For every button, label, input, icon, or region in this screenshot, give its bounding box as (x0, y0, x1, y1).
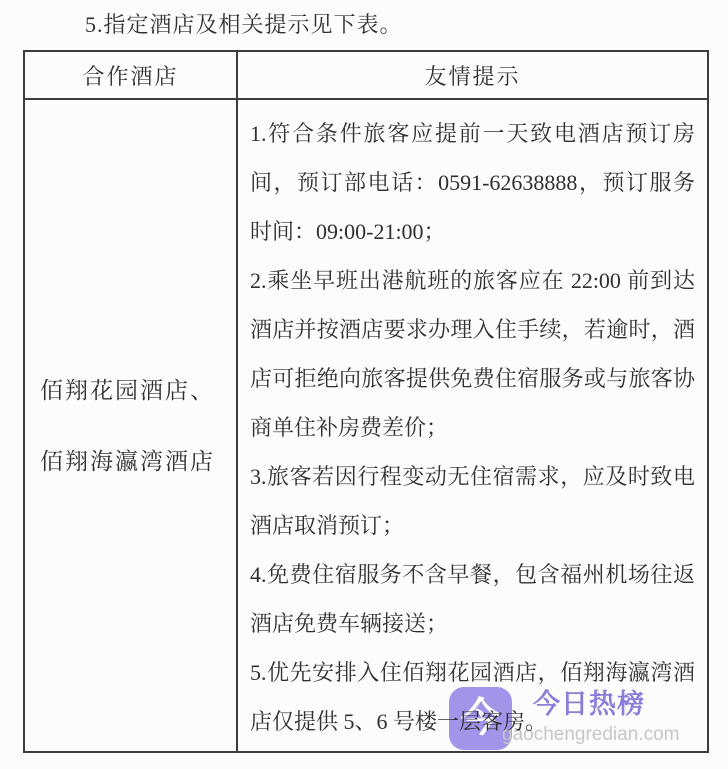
tip-item-3: 3.旅客若因行程变动无住宿需求，应及时致电酒店取消预订； (250, 452, 695, 550)
page: 今 今日热榜 gaochengredian.com 5.指定酒店及相关提示见下表… (0, 8, 728, 769)
tip-item-5: 5.优先安排入住佰翔花园酒店，佰翔海瀛湾酒店仅提供 5、6 号楼一层客房。 (250, 648, 695, 746)
hotel-name-line: 佰翔海瀛湾酒店 (40, 426, 230, 497)
header-friendly-tips: 友情提示 (237, 51, 708, 99)
tip-item-2: 2.乘坐早班出港航班的旅客应在 22:00 前到达酒店并按酒店要求办理入住手续，… (250, 256, 695, 452)
hotel-name-line: 佰翔花园酒店、 (40, 355, 230, 426)
partner-hotels-cell: 佰翔花园酒店、 佰翔海瀛湾酒店 (24, 99, 237, 752)
friendly-tips-cell: 1.符合条件旅客应提前一天致电酒店预订房间，预订部电话：0591-6263888… (237, 99, 708, 752)
table-header-row: 合作酒店 友情提示 (24, 51, 708, 99)
tip-item-1: 1.符合条件旅客应提前一天致电酒店预订房间，预订部电话：0591-6263888… (250, 109, 695, 256)
table-body-row: 佰翔花园酒店、 佰翔海瀛湾酒店 1.符合条件旅客应提前一天致电酒店预订房间，预订… (24, 99, 708, 752)
intro-line: 5.指定酒店及相关提示见下表。 (85, 8, 728, 39)
tip-item-4: 4.免费住宿服务不含早餐，包含福州机场往返酒店免费车辆接送； (250, 550, 695, 648)
hotel-tips-table: 合作酒店 友情提示 佰翔花园酒店、 佰翔海瀛湾酒店 1.符合条件旅客应提前一天致… (23, 50, 709, 753)
document-body: 5.指定酒店及相关提示见下表。 合作酒店 友情提示 佰翔花园酒店、 佰翔海瀛湾酒… (0, 8, 728, 753)
header-partner-hotels: 合作酒店 (24, 51, 237, 99)
